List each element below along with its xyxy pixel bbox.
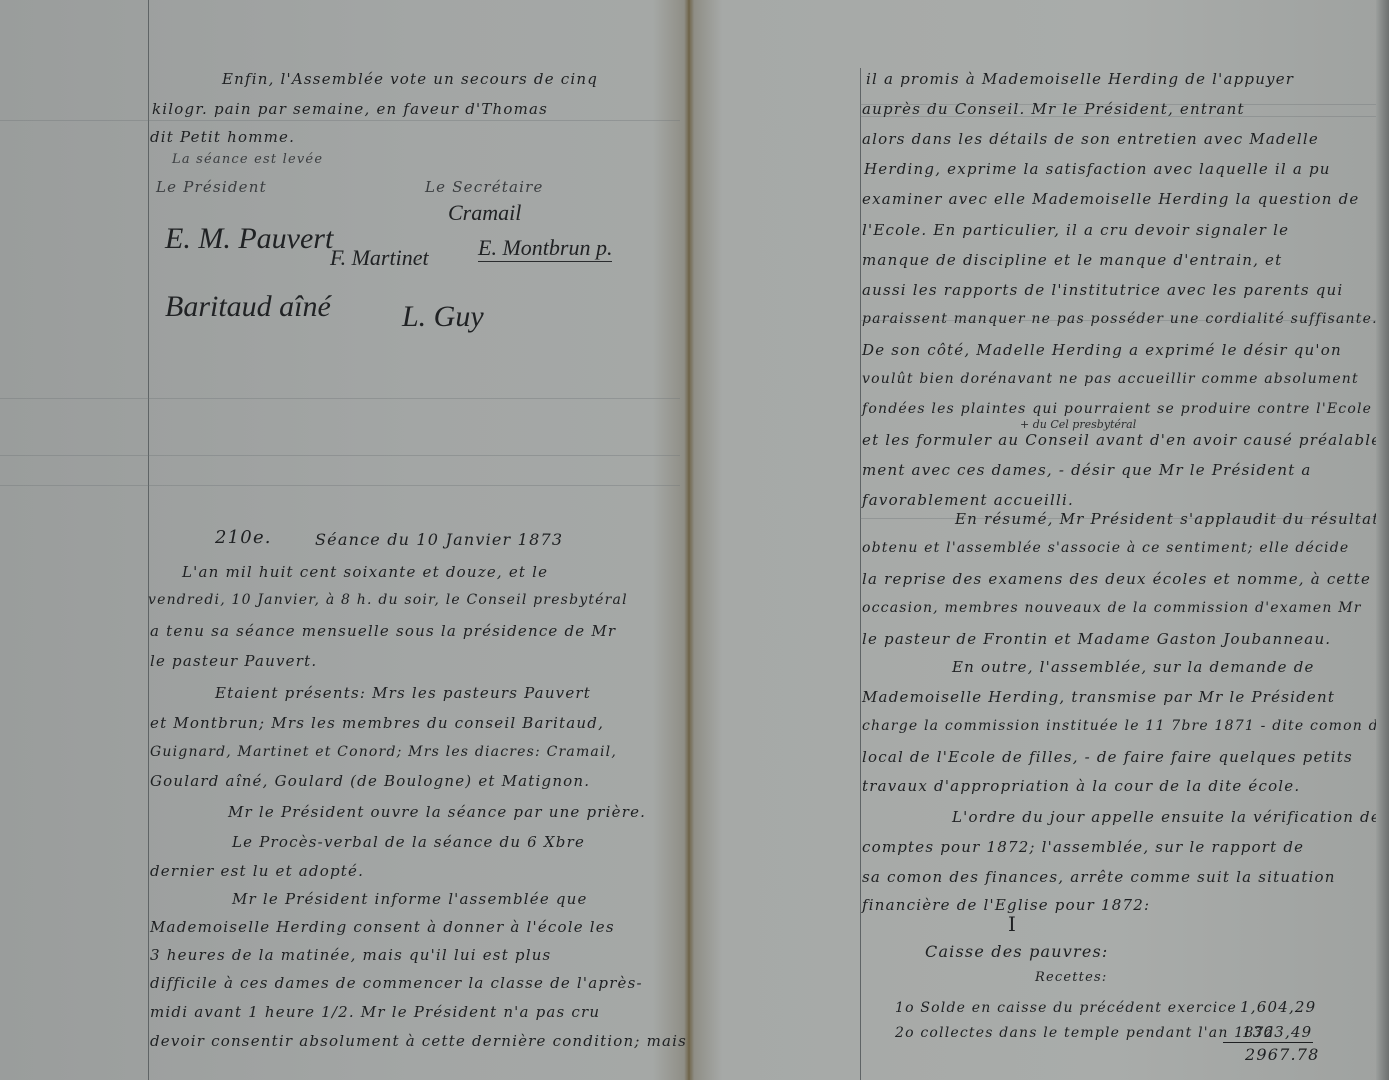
signature: E. M. Pauvert [165,222,333,256]
account-total: 2967.78 [1245,1045,1320,1064]
text-line: et les formuler au Conseil avant d'en av… [862,431,1388,449]
text-line: dit Petit homme. [150,128,295,146]
text-line: De son côté, Madelle Herding a exprimé l… [862,341,1342,359]
text-line: Enfin, l'Assemblée vote un secours de ci… [222,70,598,88]
session-number: 210e. [215,527,272,548]
signature: Cramail [448,200,521,226]
account-title: Caisse des pauvres: [925,942,1109,961]
text-line: comptes pour 1872; l'assemblée, sur le r… [862,838,1304,856]
signature: E. Montbrun p. [478,235,612,262]
account-row-label: 1o Solde en caisse du précédent exercice [895,1000,1237,1016]
text-line: le pasteur Pauvert. [150,652,317,670]
text-line: le pasteur de Frontin et Madame Gaston J… [862,630,1331,648]
text-line: fondées les plaintes qui pourraient se p… [862,401,1372,417]
text-line: obtenu et l'assemblée s'associe à ce sen… [862,540,1349,556]
text-line: charge la commission instituée le 11 7br… [862,718,1389,734]
page-edge [1376,0,1389,1080]
right-margin-rule [860,68,861,1080]
text-line: alors dans les détails de son entretien … [862,130,1319,148]
text-line: Guignard, Martinet et Conord; Mrs les di… [150,744,617,760]
text-line: Herding, exprime la satisfaction avec la… [864,160,1331,178]
text-line: occasion, membres nouveaux de la commiss… [862,600,1362,616]
ruled-line [0,485,680,486]
text-line: Mr le Président ouvre la séance par une … [228,803,646,821]
text-line: l'Ecole. En particulier, il a cru devoir… [862,221,1289,239]
text-line: Etaient présents: Mrs les pasteurs Pauve… [215,684,591,702]
text-line: et Montbrun; Mrs les membres du conseil … [150,714,604,732]
text-line: vendredi, 10 Janvier, à 8 h. du soir, le… [148,592,628,608]
text-line: manque de discipline et le manque d'entr… [862,251,1282,269]
text-line: Goulard aîné, Goulard (de Boulogne) et M… [150,772,590,790]
text-line: ment avec ces dames, - désir que Mr le P… [862,461,1312,479]
text-line: sa comon des finances, arrête comme suit… [862,868,1336,886]
text-line: midi avant 1 heure 1/2. Mr le Président … [150,1003,600,1021]
right-page: il a promis à Mademoiselle Herding de l'… [690,0,1389,1080]
text-line: a tenu sa séance mensuelle sous la prési… [150,622,616,640]
text-line: financière de l'Eglise pour 1872: [862,896,1150,914]
text-line: L'an mil huit cent soixante et douze, et… [182,563,548,581]
text-line: L'ordre du jour appelle ensuite la vérif… [952,808,1389,826]
account-row-amount: 1,604,29 [1240,998,1316,1016]
text-line: la reprise des examens des deux écoles e… [862,570,1371,588]
text-line: examiner avec elle Mademoiselle Herding … [862,190,1359,208]
text-line: local de l'Ecole de filles, - de faire f… [862,748,1353,766]
section-numeral: I [1008,912,1017,936]
account-row-label: 2o collectes dans le temple pendant l'an… [895,1025,1275,1041]
signature-label-president: Le Président [156,178,267,196]
text-line: Mr le Président informe l'assemblée que [232,890,588,908]
ruled-line [0,455,680,456]
text-line: travaux d'appropriation à la cour de la … [862,777,1300,795]
text-line: Le Procès-verbal de la séance du 6 Xbre [232,833,585,851]
account-row-amount: 1363,49 [1242,1023,1312,1041]
text-line: dernier est lu et adopté. [150,862,364,880]
text-line: kilogr. pain par semaine, en faveur d'Th… [152,100,548,118]
text-line: auprès du Conseil. Mr le Président, entr… [862,100,1245,118]
signature: F. Martinet [330,245,429,271]
text-line: En outre, l'assemblée, sur la demande de [952,658,1315,676]
signature: L. Guy [402,300,484,334]
text-line: Mademoiselle Herding, transmise par Mr l… [862,688,1335,706]
text-line: voulût bien dorénavant ne pas accueillir… [862,371,1359,387]
ruled-line [0,120,680,121]
text-line: difficile à ces dames de commencer la cl… [150,974,643,992]
interlinear-insertion: + du Cel presbytéral [1020,418,1136,431]
left-margin-rule [148,0,149,1080]
signature-label-secretary: Le Secrétaire [425,178,544,196]
left-page: Enfin, l'Assemblée vote un secours de ci… [0,0,688,1080]
ruled-line [0,398,680,399]
register-spread: Enfin, l'Assemblée vote un secours de ci… [0,0,1389,1080]
text-line: aussi les rapports de l'institutrice ave… [862,281,1343,299]
text-line: En résumé, Mr Président s'applaudit du r… [955,510,1380,528]
text-line: Mademoiselle Herding consent à donner à … [150,918,615,936]
sum-rule [1223,1042,1313,1043]
session-title: Séance du 10 Janvier 1873 [315,530,563,549]
closing-line: La séance est levée [172,152,323,167]
account-subtitle: Recettes: [1035,970,1107,985]
text-line: 3 heures de la matinée, mais qu'il lui e… [150,946,551,964]
text-line: paraissent manquer ne pas posséder une c… [862,311,1378,327]
text-line: favorablement accueilli. [862,491,1074,509]
signature: Baritaud aîné [165,290,331,324]
text-line: devoir consentir absolument à cette dern… [150,1032,687,1050]
text-line: il a promis à Mademoiselle Herding de l'… [866,70,1294,88]
